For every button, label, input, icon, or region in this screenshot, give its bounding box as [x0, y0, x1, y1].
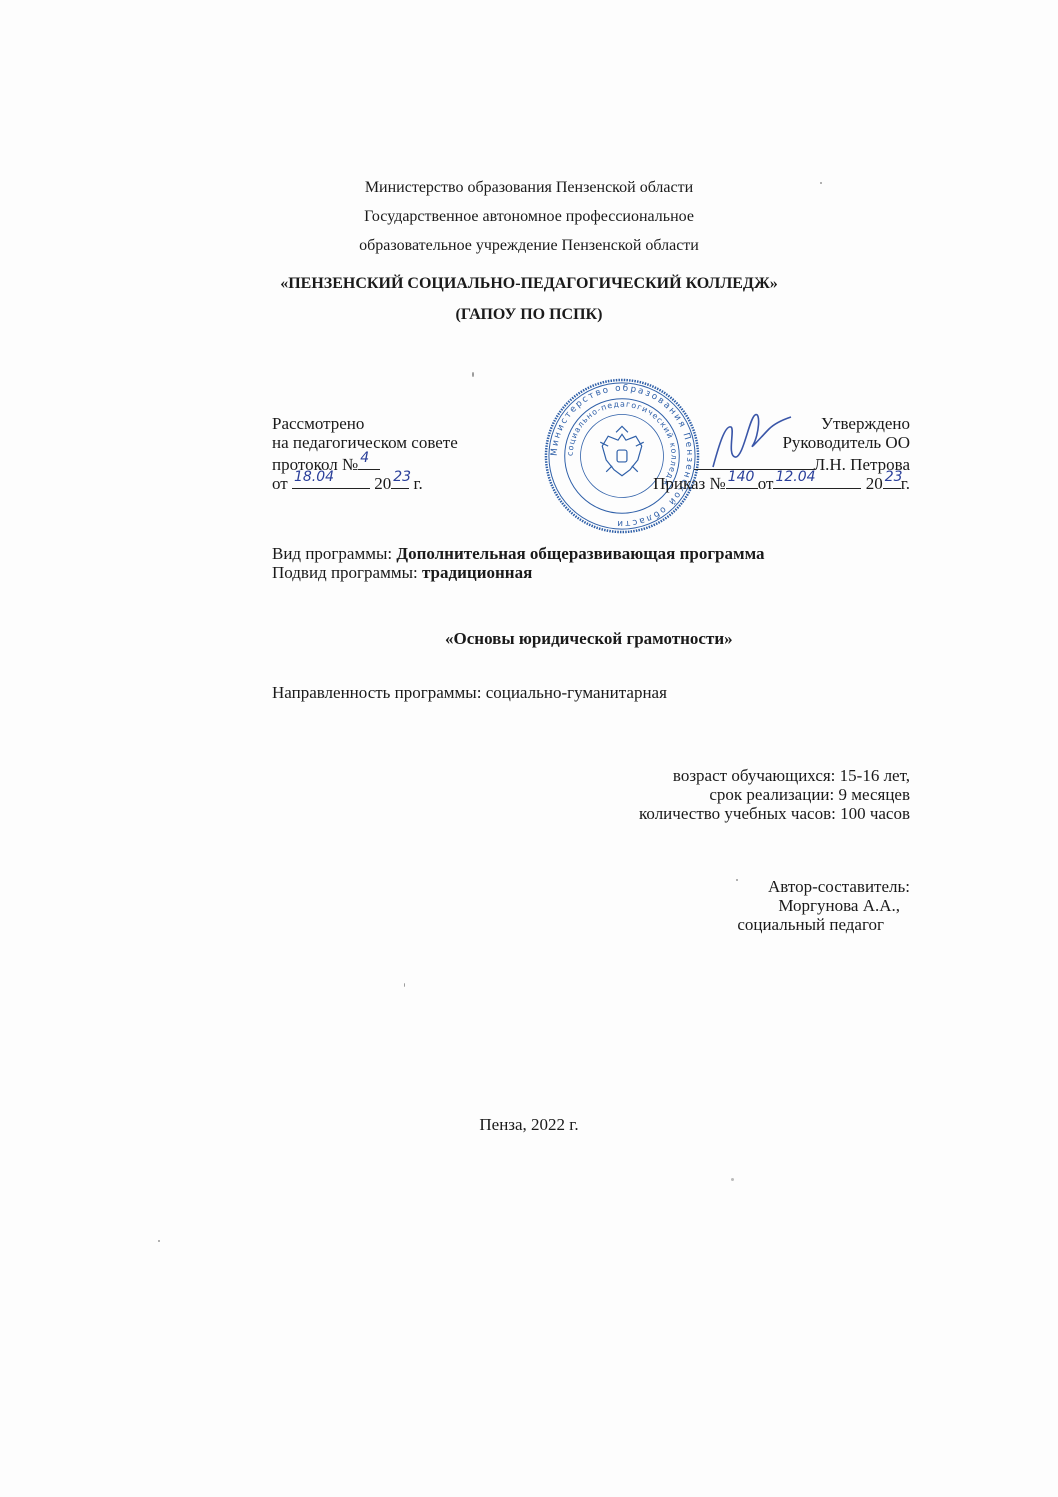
author-label: Автор-составитель: [768, 877, 910, 896]
scan-speck [404, 983, 405, 987]
order-date-field: 12.04 [773, 471, 861, 489]
order-year-prefix: 20 [866, 474, 883, 493]
approved-position: Руководитель ОО [782, 433, 910, 452]
college-name: «ПЕНЗЕНСКИЙ СОЦИАЛЬНО-ПЕДАГОГИЧЕСКИЙ КОЛ… [0, 274, 1058, 294]
considered-date-field: 18.04 [292, 471, 370, 489]
approved-order: Приказ №140от12.04 2023г. [653, 471, 910, 493]
document-page: Министерство образования Пензенской обла… [0, 0, 1058, 1497]
date-prefix: от [272, 474, 288, 493]
official-seal-icon: Министерство образования Пензенской обла… [543, 377, 701, 535]
program-type: Вид программы: Дополнительная общеразвив… [272, 544, 765, 563]
scan-speck [472, 372, 474, 377]
order-year-field: 23 [883, 471, 901, 489]
considered-date-value: 18.04 [294, 468, 334, 487]
order-date-value: 12.04 [775, 468, 815, 487]
scan-speck [158, 1240, 160, 1242]
program-title: «Основы юридической грамотности» [445, 629, 733, 648]
order-year-value: 23 [885, 468, 903, 487]
program-type-label: Вид программы: [272, 544, 396, 563]
institution-type-line: Государственное автономное профессиональ… [0, 207, 1058, 227]
considered-year-value: 23 [393, 468, 411, 487]
scan-speck [820, 182, 822, 184]
year-prefix: 20 [374, 474, 391, 493]
considered-date: от 18.04 2023 г. [272, 471, 423, 493]
order-number-field: 140 [726, 471, 758, 489]
considered-title: Рассмотрено [272, 414, 364, 433]
scan-speck [736, 879, 738, 881]
program-subtype-value: традиционная [422, 563, 532, 582]
program-subtype-label: Подвид программы: [272, 563, 422, 582]
order-label: Приказ № [653, 474, 726, 493]
author-name: Моргунова А.А., [778, 896, 900, 915]
protocol-number-field: 4 [358, 452, 380, 470]
program-type-value: Дополнительная общеразвивающая программа [396, 544, 764, 563]
approved-title: Утверждено [821, 414, 910, 433]
year-suffix: г. [413, 474, 422, 493]
order-number: 140 [728, 468, 755, 487]
protocol-number: 4 [360, 449, 369, 468]
institution-region-line: образовательное учреждение Пензенской об… [0, 236, 1058, 256]
ministry-line: Министерство образования Пензенской обла… [0, 178, 1058, 198]
college-abbreviation: (ГАПОУ ПО ПСПК) [0, 305, 1058, 325]
study-hours: количество учебных часов: 100 часов [639, 804, 910, 823]
place-and-year: Пенза, 2022 г. [0, 1115, 1058, 1134]
author-role: социальный педагог [737, 915, 884, 934]
scan-speck [731, 1178, 734, 1181]
student-age: возраст обучающихся: 15-16 лет, [673, 766, 910, 785]
program-subtype: Подвид программы: традиционная [272, 563, 532, 582]
considered-year-field: 23 [391, 471, 409, 489]
implementation-term: срок реализации: 9 месяцев [709, 785, 910, 804]
program-direction: Направленность программы: социально-гума… [272, 683, 667, 702]
order-date-prefix: от [758, 474, 774, 493]
